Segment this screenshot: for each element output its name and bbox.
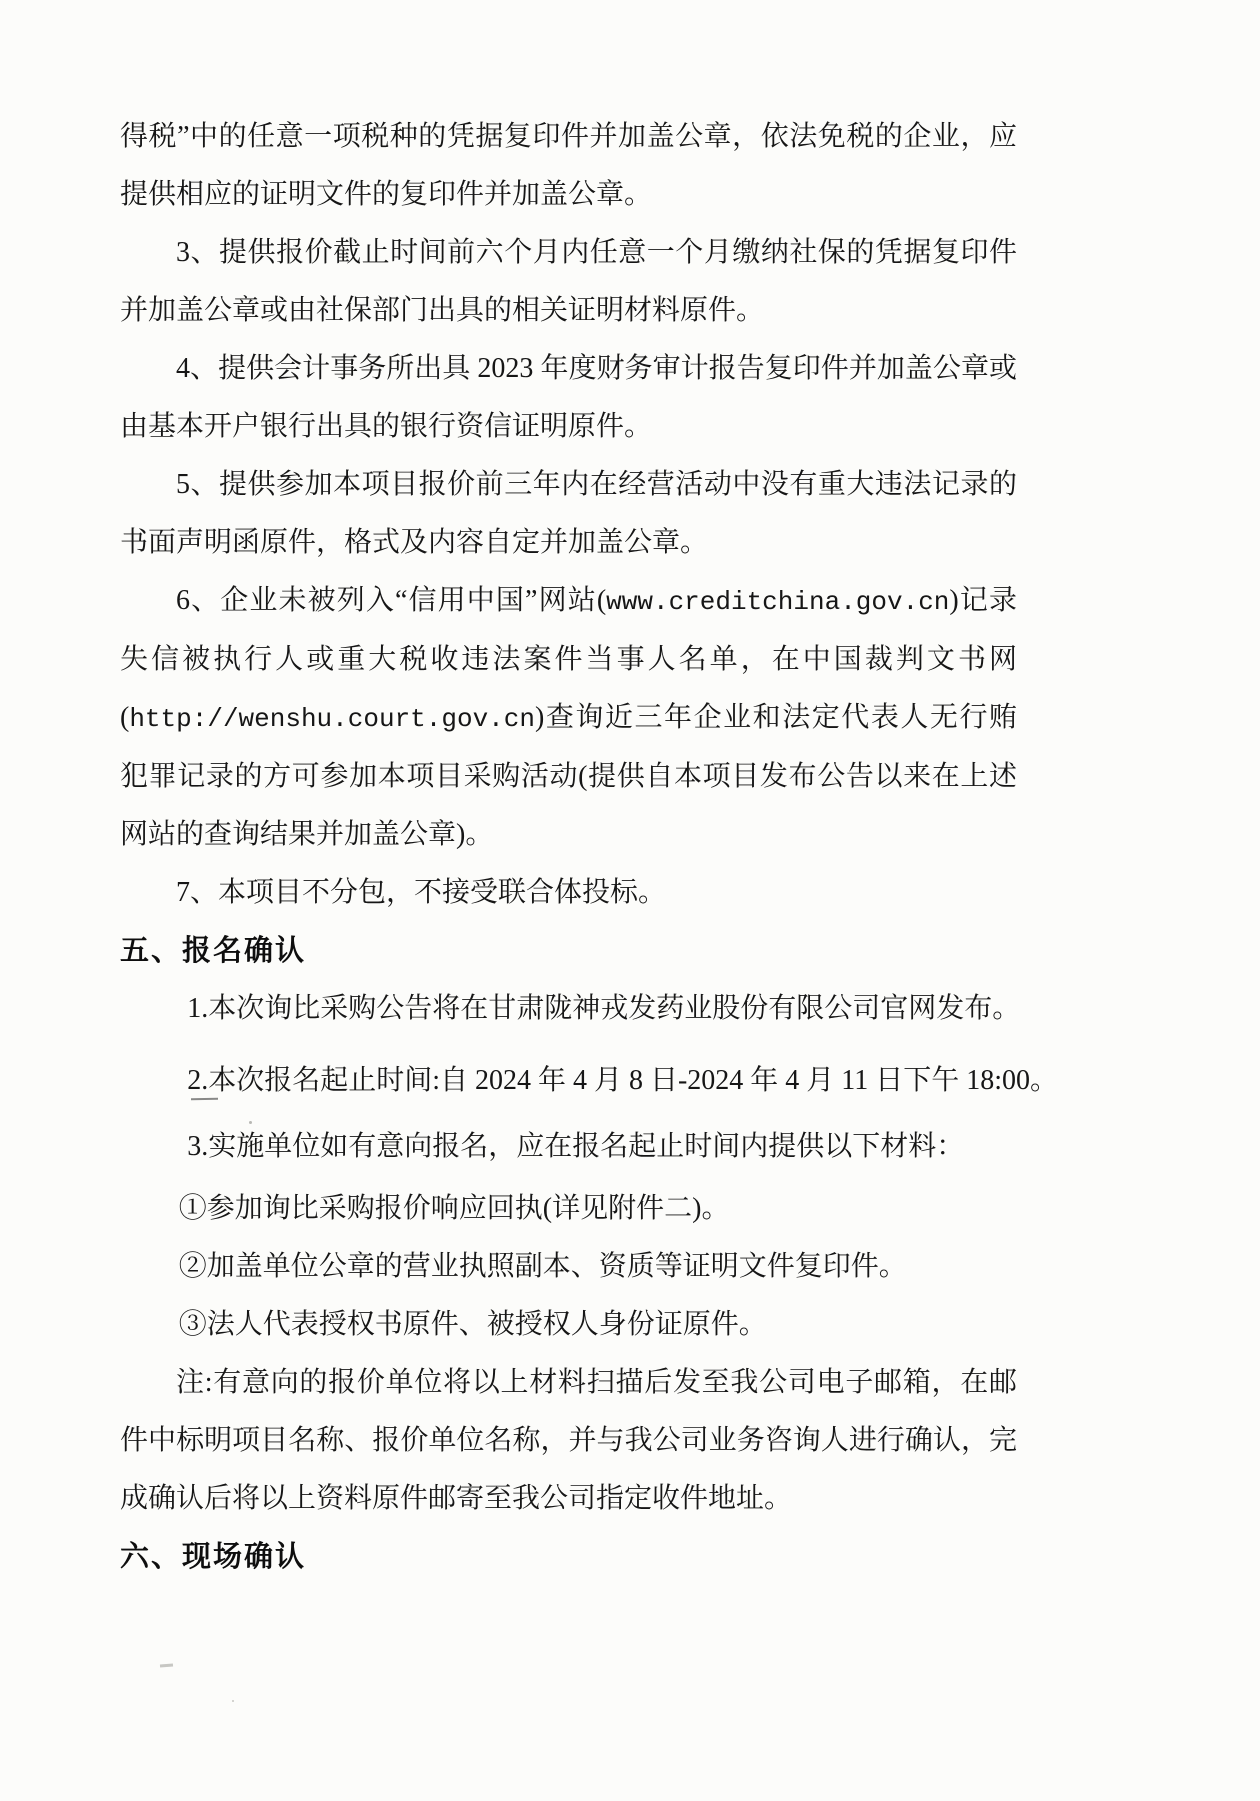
paragraph-item-6-credit-check: 6、企业未被列入“信用中国”网站(www.creditchina.gov.cn)… <box>120 572 1017 864</box>
paragraph-item-5-declaration-letter: 5、提供参加本项目报价前三年内在经营活动中没有重大违法记录的书面声明函原件，格式… <box>120 456 1017 572</box>
paragraph-s5-sub-2-business-license: ②加盖单位公章的营业执照副本、资质等证明文件复印件。 <box>120 1238 1017 1296</box>
item6-text-1: 6、企业未被列入“信用中国”网站( <box>176 585 606 616</box>
document-text-block: 得税”中的任意一项税种的凭据复印件并加盖公章，依法免税的企业，应提供相应的证明文… <box>120 108 1017 1586</box>
paragraph-item-3-social-security: 3、提供报价截止时间前六个月内任意一个月缴纳社保的凭据复印件并加盖公章或由社保部… <box>120 224 1017 340</box>
paragraph-s5-item-1-announcement: 1.本次询比采购公告将在甘肃陇神戎发药业股份有限公司官网发布。 <box>120 980 1017 1038</box>
paragraph-item-7-no-subcontract: 7、本项目不分包，不接受联合体投标。 <box>120 864 1017 922</box>
scan-artifact-dot <box>232 1700 234 1702</box>
paragraph-s5-note-email-confirmation: 注:有意向的报价单位将以上材料扫描后发至我公司电子邮箱，在邮件中标明项目名称、报… <box>120 1354 1017 1528</box>
paragraph-s5-item-3-materials-required: 3.实施单位如有意向报名，应在报名起止时间内提供以下材料： <box>120 1118 1017 1176</box>
paragraph-item-4-audit-report: 4、提供会计事务所出具 2023 年度财务审计报告复印件并加盖公章或由基本开户银… <box>120 340 1017 456</box>
section-5-heading-registration-confirmation: 五、报名确认 <box>120 922 1017 980</box>
paragraph-s5-sub-1-reply-receipt: ①参加询比采购报价响应回执(详见附件二)。 <box>120 1180 1017 1238</box>
scan-artifact-dash <box>160 1664 173 1668</box>
paragraph-tax-certificate-continuation: 得税”中的任意一项税种的凭据复印件并加盖公章，依法免税的企业，应提供相应的证明文… <box>120 108 1017 224</box>
item6-url-creditchina: www.creditchina.gov.cn <box>606 587 949 617</box>
paragraph-s5-item-2-registration-period: 2.本次报名起止时间:自 2024 年 4 月 8 日-2024 年 4 月 1… <box>120 1052 1017 1110</box>
section-6-heading-onsite-confirmation: 六、现场确认 <box>120 1528 1017 1586</box>
scanned-document-page: 得税”中的任意一项税种的凭据复印件并加盖公章，依法免税的企业，应提供相应的证明文… <box>0 0 1260 1801</box>
paragraph-s5-sub-3-authorization-letter: ③法人代表授权书原件、被授权人身份证原件。 <box>120 1296 1017 1354</box>
item6-url-wenshu-court: http://wenshu.court.gov.cn <box>129 704 535 734</box>
